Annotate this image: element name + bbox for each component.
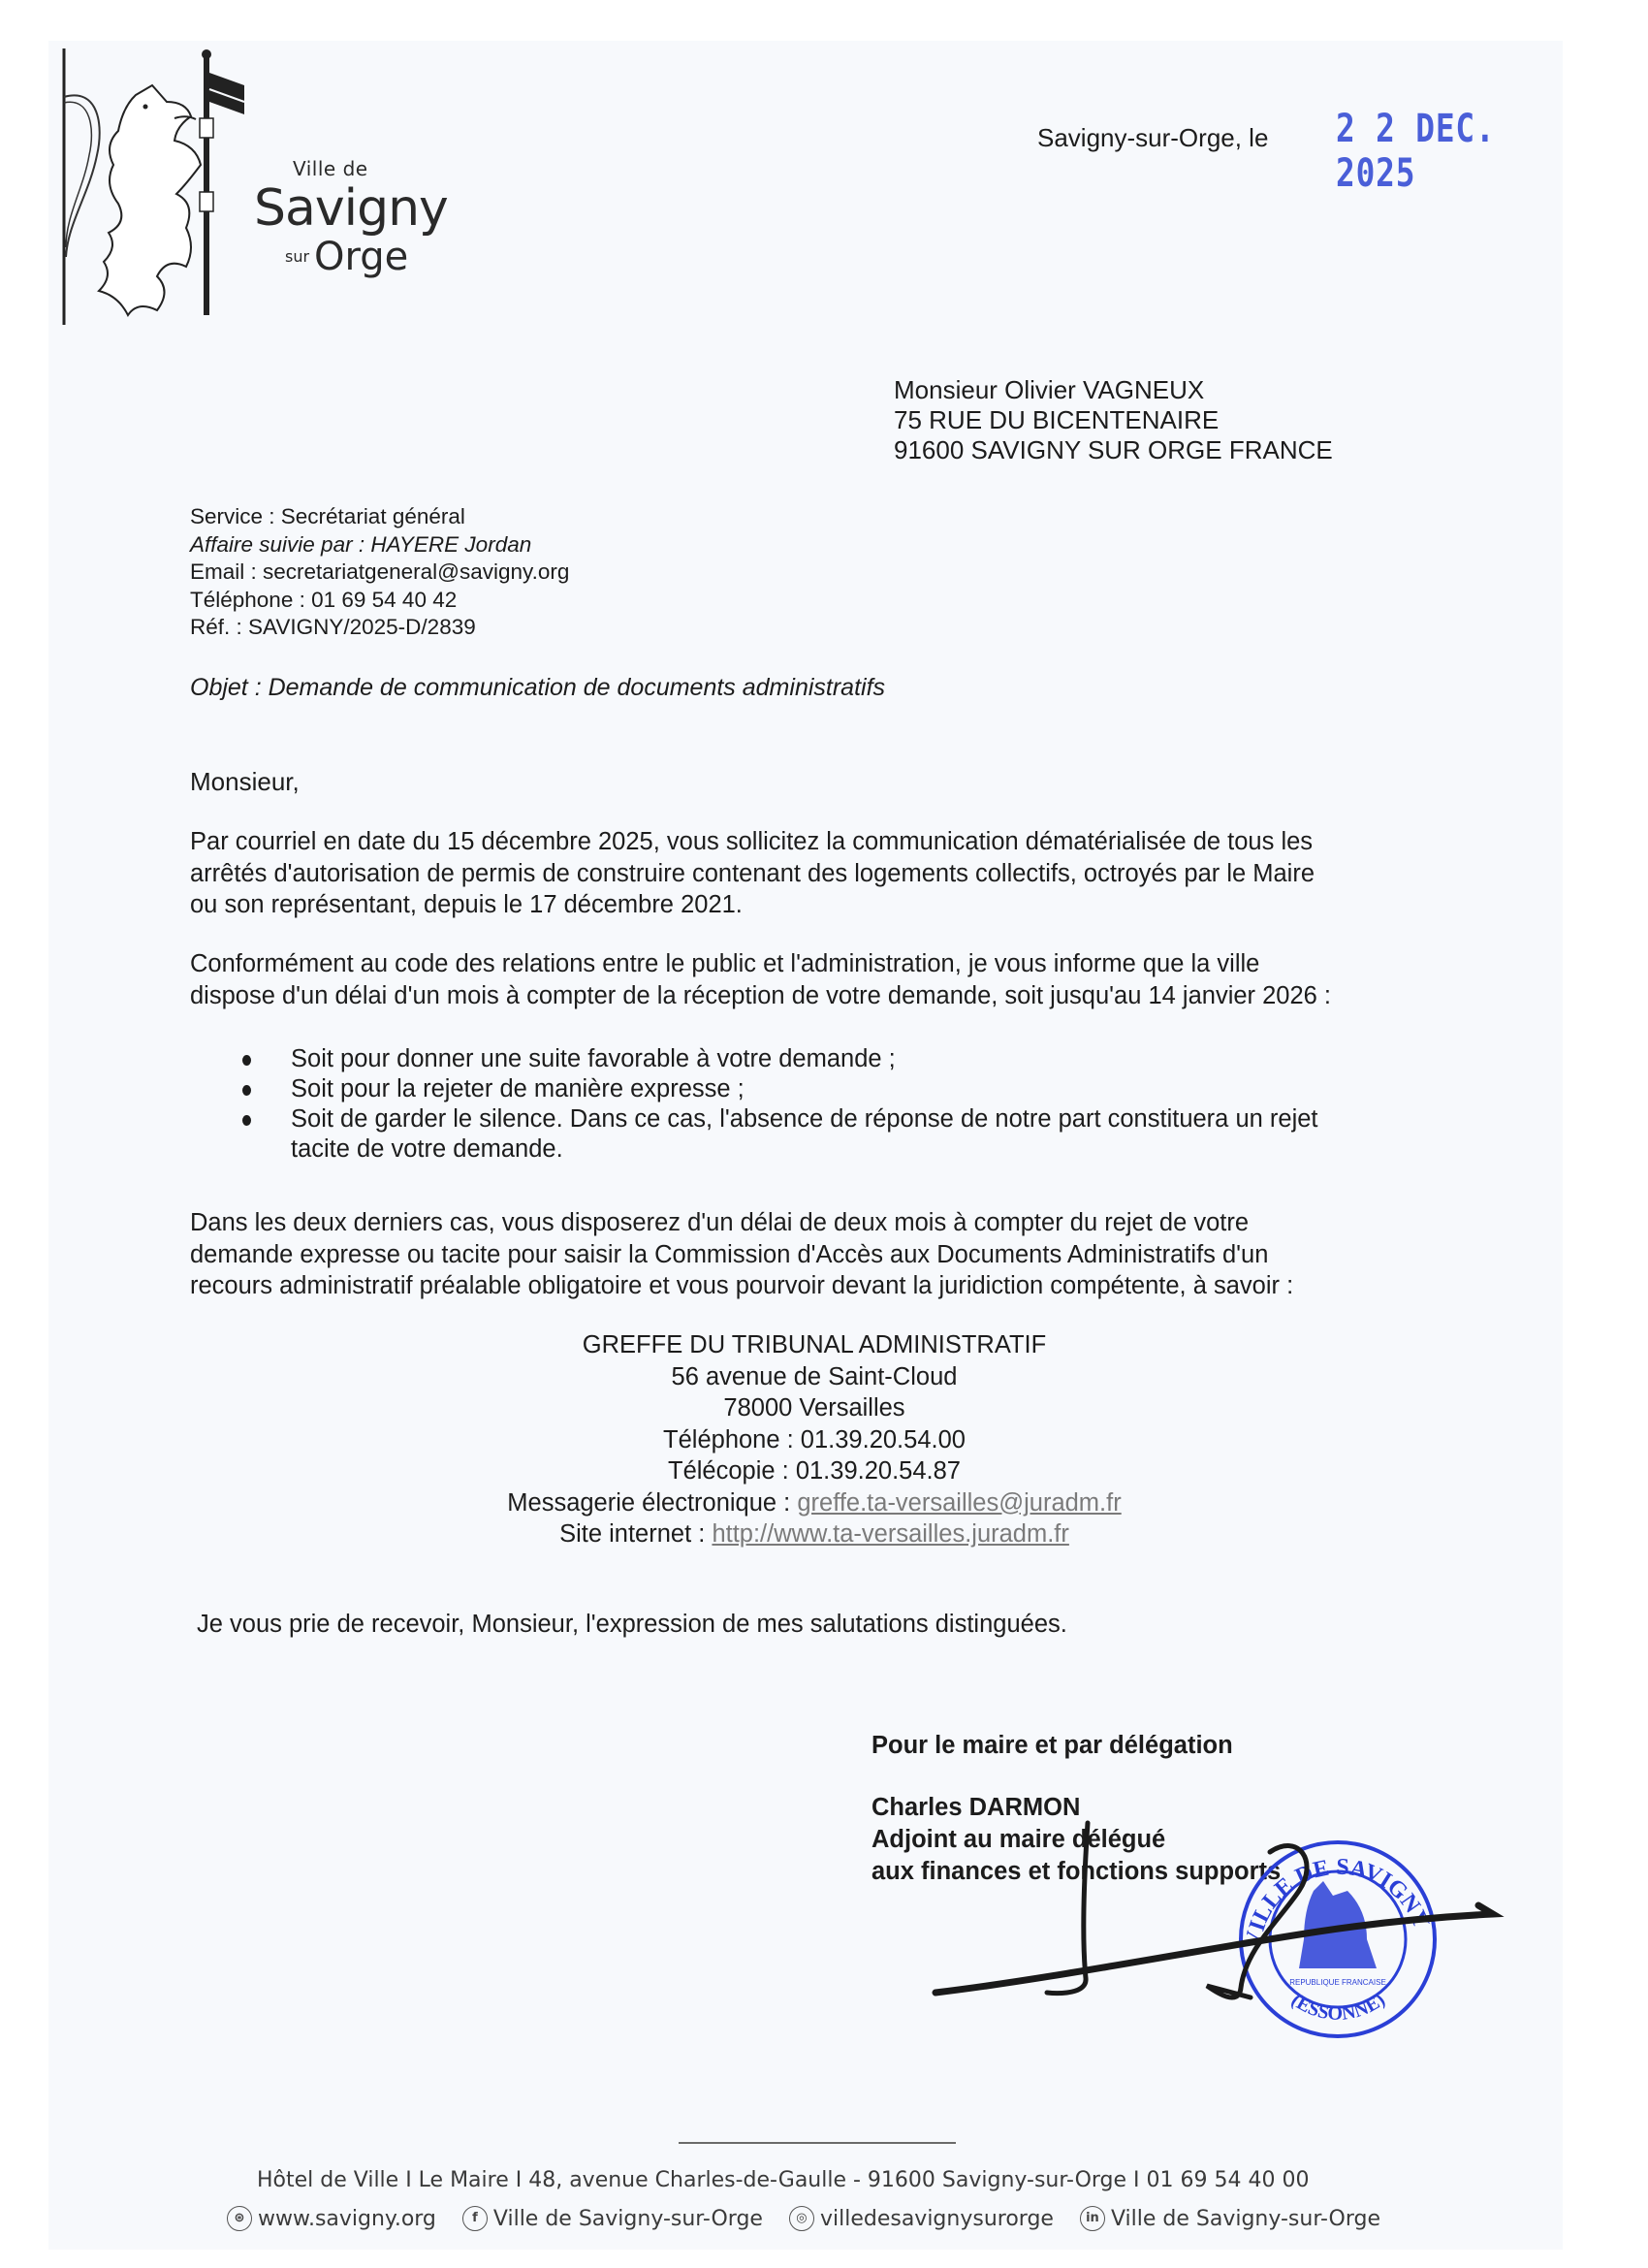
tribunal-site-row: Site internet : http://www.ta-versailles…: [427, 1518, 1202, 1550]
subject-line: Objet : Demande de communication de docu…: [190, 673, 885, 703]
paragraph-line: demande expresse ou tacite pour saisir l…: [190, 1239, 1293, 1271]
paragraph-line: arrêtés d'autorisation de permis de cons…: [190, 858, 1315, 890]
place-date-label: Savigny-sur-Orge, le: [1037, 123, 1268, 153]
recipient-street: 75 RUE DU BICENTENAIRE: [894, 405, 1333, 435]
footer-link-label: Ville de Savigny-sur-Orge: [493, 2207, 763, 2231]
facebook-icon: f: [462, 2206, 488, 2231]
date-stamp: 2 2 DEC. 2025: [1336, 107, 1592, 196]
footer-link-instagram[interactable]: ◎ villedesavignysurorge: [789, 2206, 1054, 2231]
service-phone: Téléphone : 01 69 54 40 42: [190, 587, 569, 615]
list-item-text: Soit de garder le silence. Dans ce cas, …: [291, 1104, 1318, 1134]
tribunal-phone: Téléphone : 01.39.20.54.00: [427, 1424, 1202, 1456]
tribunal-site-label: Site internet :: [559, 1520, 712, 1548]
paragraph-line: Conformément au code des relations entre…: [190, 948, 1331, 980]
logo-ville-de: Ville de: [293, 157, 368, 180]
tribunal-fax: Télécopie : 01.39.20.54.87: [427, 1455, 1202, 1487]
list-item: Soit de garder le silence. Dans ce cas, …: [242, 1104, 1318, 1165]
tribunal-address2: 78000 Versailles: [427, 1392, 1202, 1424]
paragraph-line: recours administratif préalable obligato…: [190, 1270, 1293, 1302]
linkedin-icon: in: [1080, 2206, 1105, 2231]
footer-link-linkedin[interactable]: in Ville de Savigny-sur-Orge: [1080, 2206, 1380, 2231]
list-item-text: Soit pour la rejeter de manière expresse…: [291, 1074, 1318, 1104]
tribunal-site-link[interactable]: http://www.ta-versailles.juradm.fr: [712, 1520, 1068, 1548]
footer-link-label: www.savigny.org: [258, 2207, 436, 2231]
tribunal-address1: 56 avenue de Saint-Cloud: [427, 1361, 1202, 1393]
paragraph-appeal: Dans les deux derniers cas, vous dispose…: [190, 1207, 1293, 1302]
handled-by: Affaire suivie par : HAYERE Jordan: [190, 531, 569, 559]
footer-link-label: villedesavignysurorge: [820, 2207, 1054, 2231]
list-item: Soit pour la rejeter de manière expresse…: [242, 1074, 1318, 1104]
instagram-icon: ◎: [789, 2206, 814, 2231]
footer-links: ⊛ www.savigny.org f Ville de Savigny-sur…: [227, 2203, 1400, 2231]
paragraph-line: Dans les deux derniers cas, vous dispose…: [190, 1207, 1293, 1239]
footer-link-website[interactable]: ⊛ www.savigny.org: [227, 2206, 436, 2231]
paragraph-line: dispose d'un délai d'un mois à compter d…: [190, 980, 1331, 1012]
recipient-city: 91600 SAVIGNY SUR ORGE FRANCE: [894, 435, 1333, 465]
salutation: Monsieur,: [190, 767, 300, 797]
footer-link-facebook[interactable]: f Ville de Savigny-sur-Orge: [462, 2206, 763, 2231]
city-logo: Ville de Savigny sur Orge: [60, 48, 428, 339]
tribunal-email-label: Messagerie électronique :: [507, 1489, 797, 1517]
paragraph-line: ou son représentant, depuis le 17 décemb…: [190, 889, 1315, 921]
tribunal-email-link[interactable]: greffe.ta-versailles@juradm.fr: [797, 1489, 1121, 1517]
list-item: Soit pour donner une suite favorable à v…: [242, 1044, 1318, 1074]
logo-orge: Orge: [314, 235, 408, 279]
reference: Réf. : SAVIGNY/2025-D/2839: [190, 614, 569, 642]
footer-address: Hôtel de Ville I Le Maire I 48, avenue C…: [257, 2168, 1309, 2192]
bullet-icon: [242, 1055, 251, 1066]
recipient-address: Monsieur Olivier VAGNEUX 75 RUE DU BICEN…: [894, 375, 1333, 465]
bullet-icon: [242, 1085, 251, 1096]
tribunal-title: GREFFE DU TRIBUNAL ADMINISTRATIF: [427, 1329, 1202, 1361]
footer-link-label: Ville de Savigny-sur-Orge: [1111, 2207, 1380, 2231]
closing-formula: Je vous prie de recevoir, Monsieur, l'ex…: [197, 1610, 1067, 1640]
tribunal-email-row: Messagerie électronique : greffe.ta-vers…: [427, 1487, 1202, 1519]
paragraph-request: Par courriel en date du 15 décembre 2025…: [190, 826, 1315, 921]
service-block: Service : Secrétariat général Affaire su…: [190, 503, 569, 642]
service-email: Email : secretariatgeneral@savigny.org: [190, 559, 569, 587]
logo-sur: sur: [285, 247, 309, 266]
list-item-text: Soit pour donner une suite favorable à v…: [291, 1044, 1318, 1074]
service-name: Service : Secrétariat général: [190, 503, 569, 531]
options-list: Soit pour donner une suite favorable à v…: [242, 1044, 1318, 1165]
paragraph-line: Par courriel en date du 15 décembre 2025…: [190, 826, 1315, 858]
paragraph-deadline: Conformément au code des relations entre…: [190, 948, 1331, 1011]
list-item-text: tacite de votre demande.: [291, 1134, 1318, 1165]
signatory-name: Charles DARMON: [872, 1792, 1281, 1824]
footer-divider: [679, 2142, 956, 2144]
web-icon: ⊛: [227, 2206, 252, 2231]
tribunal-contact-block: GREFFE DU TRIBUNAL ADMINISTRATIF 56 aven…: [427, 1329, 1202, 1550]
bullet-icon: [242, 1115, 251, 1126]
delegation-line: Pour le maire et par délégation: [872, 1730, 1233, 1762]
logo-savigny: Savigny: [254, 179, 448, 238]
handwritten-signature: [911, 1823, 1512, 2056]
recipient-name: Monsieur Olivier VAGNEUX: [894, 375, 1333, 405]
